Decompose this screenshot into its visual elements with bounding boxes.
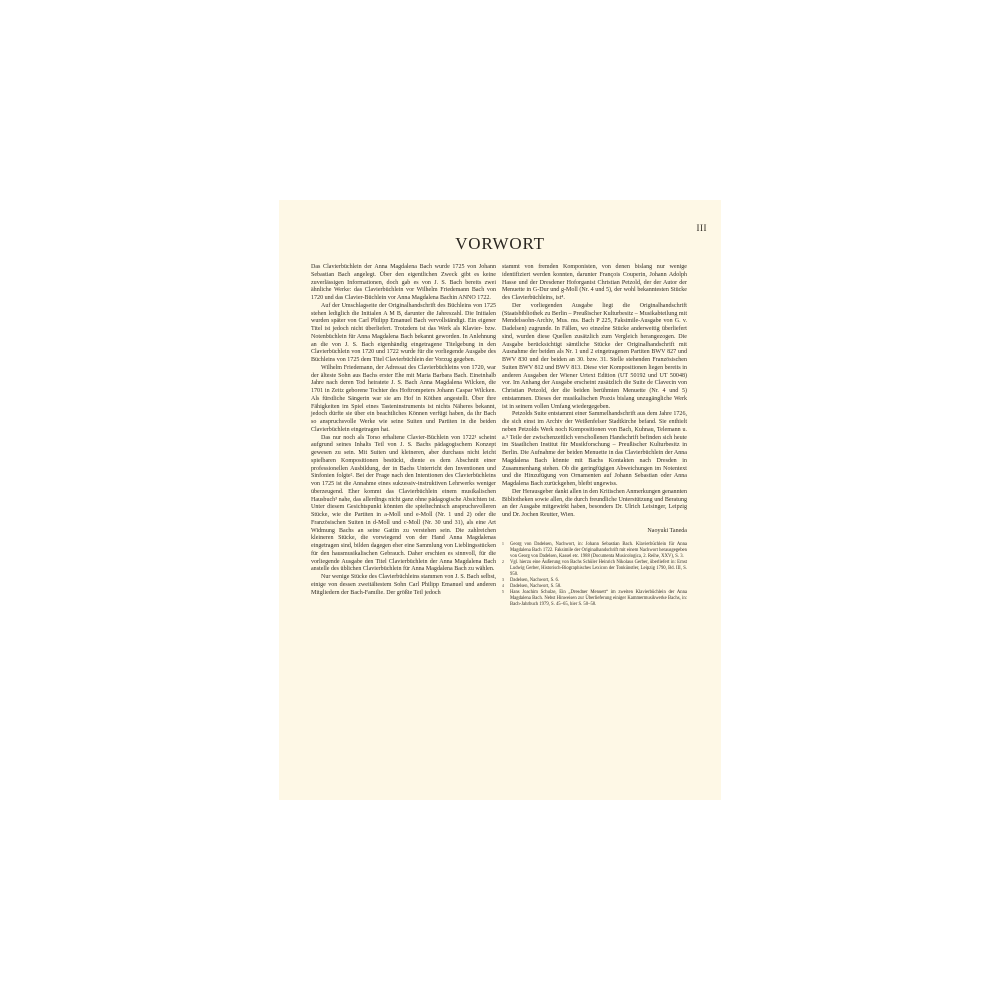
paragraph: Der vorliegenden Ausgabe liegt die Origi… [502, 303, 687, 412]
page-number: III [697, 223, 708, 233]
footnote-text: Dadelsen, Nachwort, S. 58. [510, 584, 561, 589]
footnote-mark: 2 [502, 559, 504, 565]
footnote: 1 Georg von Dadelsen, Nachwort, in: Joha… [502, 542, 687, 560]
author-signature: Naoyuki Taneda [502, 528, 687, 536]
footnote-text: Hans Joachim Schulze, Ein „Dresdner Menu… [510, 590, 687, 607]
paragraph: Petzolds Suite entstammt einer Sammelhan… [502, 411, 687, 489]
footnote-mark: 1 [502, 541, 504, 547]
footnote-text: Dadelsen, Nachwort, S. 6. [510, 578, 559, 583]
right-column: stammt von fremden Komponisten, von dene… [502, 264, 687, 609]
left-column: Das Clavierbüchlein der Anna Magdalena B… [311, 264, 496, 597]
paragraph: Wilhelm Friedemann, der Adressat des Cla… [311, 365, 496, 435]
paragraph: Nur wenige Stücke des Clavierbüchleins s… [311, 574, 496, 597]
page-title: VORWORT [279, 234, 721, 254]
paragraph: Das Clavierbüchlein der Anna Magdalena B… [311, 264, 496, 303]
footnote-text: Vgl. hierzu eine Äußerung von Bachs Schü… [510, 560, 687, 577]
footnote-mark: 5 [502, 589, 504, 595]
footnote: 5 Hans Joachim Schulze, Ein „Dresdner Me… [502, 590, 687, 608]
footnotes: 1 Georg von Dadelsen, Nachwort, in: Joha… [502, 542, 687, 609]
paragraph: Das nur noch als Torso erhaltene Clavier… [311, 435, 496, 575]
document-page: III VORWORT Das Clavierbüchlein der Anna… [279, 200, 721, 800]
paragraph: stammt von fremden Komponisten, von dene… [502, 264, 687, 303]
footnote: 2 Vgl. hierzu eine Äußerung von Bachs Sc… [502, 560, 687, 578]
paragraph: Auf der Umschlagseite der Originalhandsc… [311, 303, 496, 365]
paragraph: Der Herausgeber dankt allen in den Kriti… [502, 489, 687, 520]
footnote-text: Georg von Dadelsen, Nachwort, in: Johann… [510, 542, 687, 559]
